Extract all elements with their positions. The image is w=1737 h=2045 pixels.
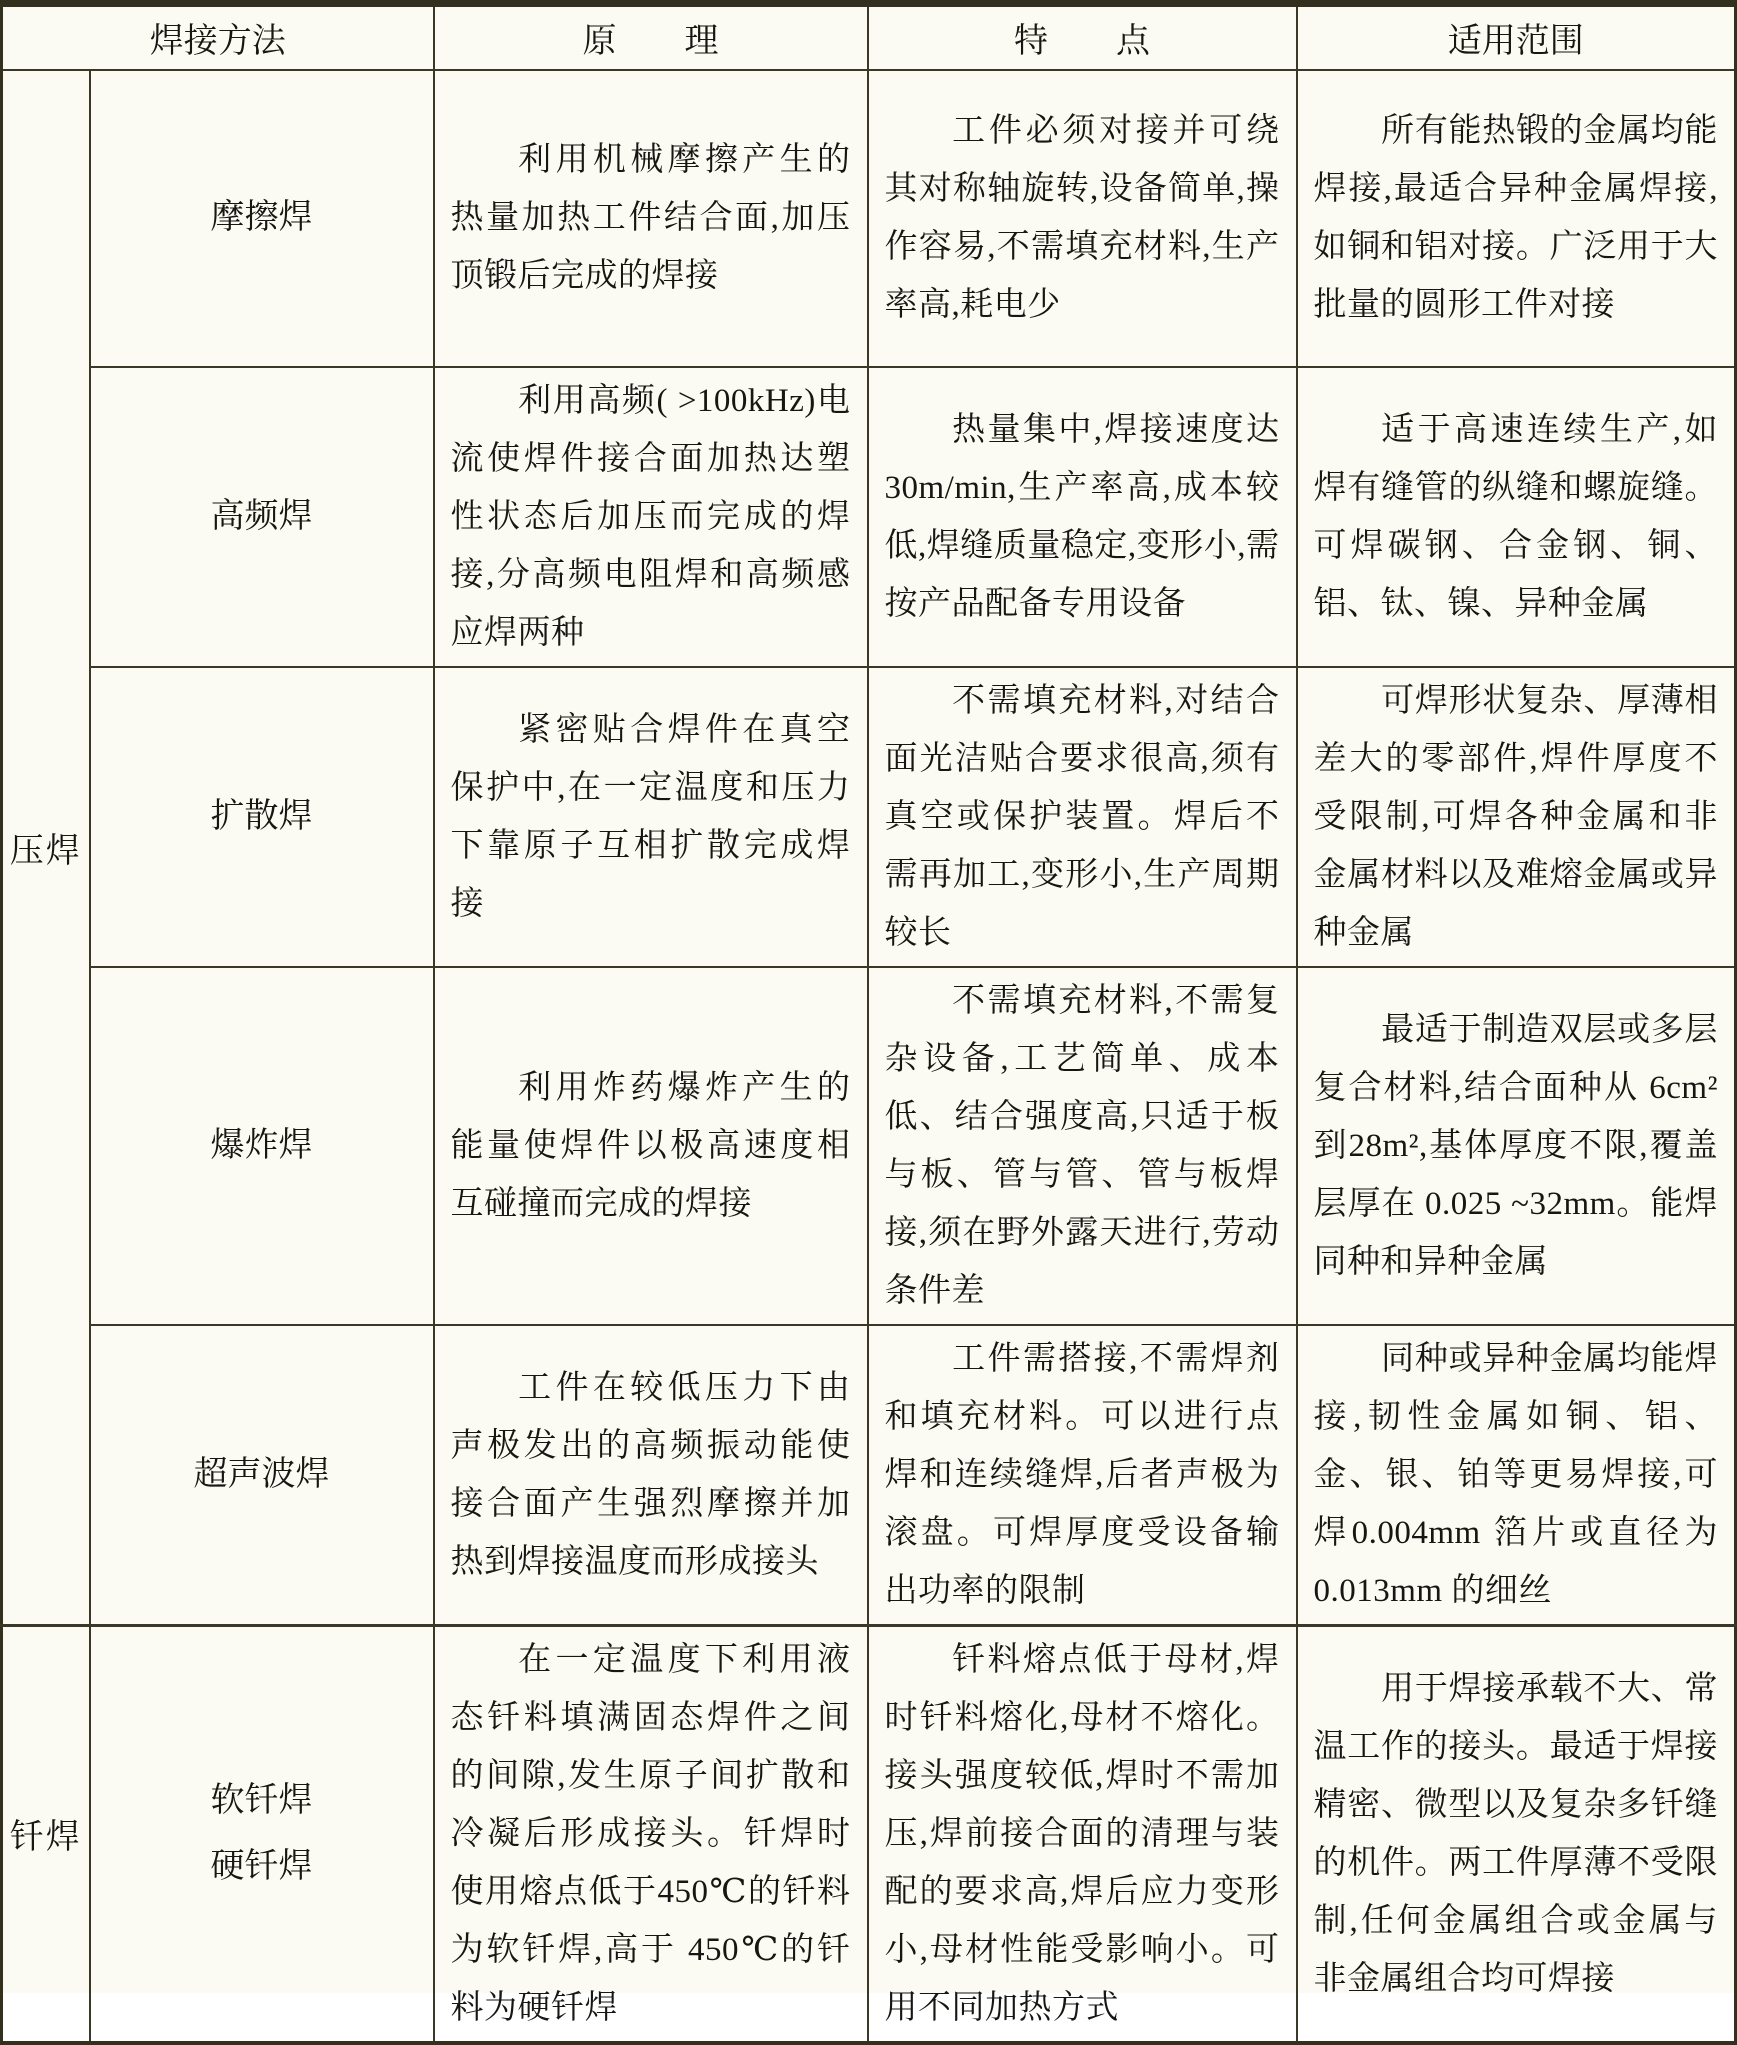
header-features: 特 点 — [868, 4, 1297, 70]
method-cell: 软钎焊 硬钎焊 — [90, 1625, 434, 2043]
range-text: 所有能热锻的金属均能焊接,最适合异种金属焊接,如铜和铝对接。广泛用于大批量的圆形… — [1314, 102, 1719, 334]
features-text: 不需填充材料,对结合面光洁贴合要求很高,须有真空或保护装置。焊后不需再加工,变形… — [885, 672, 1280, 962]
header-principle: 原 理 — [434, 4, 868, 70]
features-text: 不需填充材料,不需复杂设备,工艺简单、成本低、结合强度高,只适于板与板、管与管、… — [885, 972, 1280, 1320]
welding-methods-table: 焊接方法 原 理 特 点 适用范围 压焊 摩擦焊 利用机械摩擦产生的热量加热工件… — [0, 0, 1737, 2045]
range-text: 用于焊接承载不大、常温工作的接头。最适于焊接精密、微型以及复杂多钎缝的机件。两工… — [1314, 1660, 1719, 2008]
principle-text: 利用炸药爆炸产生的能量使焊件以极高速度相互碰撞而完成的焊接 — [451, 1059, 851, 1233]
principle-text: 利用高频( >100kHz)电流使焊件接合面加热达塑性状态后加压而完成的焊接,分… — [451, 372, 851, 662]
features-text: 钎料熔点低于母材,焊时钎料熔化,母材不熔化。接头强度较低,焊时不需加压,焊前接合… — [885, 1631, 1280, 2037]
header-welding-method: 焊接方法 — [2, 4, 434, 70]
range-text: 同种或异种金属均能焊接,韧性金属如铜、铝、金、银、铂等更易焊接,可焊0.004m… — [1314, 1330, 1719, 1620]
principle-text: 紧密贴合焊件在真空保护中,在一定温度和压力下靠原子互相扩散完成焊接 — [451, 701, 851, 933]
document-page: 焊接方法 原 理 特 点 适用范围 压焊 摩擦焊 利用机械摩擦产生的热量加热工件… — [0, 0, 1737, 1993]
features-text: 工件需搭接,不需焊剂和填充材料。可以进行点焊和连续缝焊,后者声极为滚盘。可焊厚度… — [885, 1330, 1280, 1620]
group-cell-brazing: 钎焊 — [2, 1625, 90, 2043]
principle-text: 工件在较低压力下由声极发出的高频振动能使接合面产生强烈摩擦并加热到焊接温度而形成… — [451, 1359, 851, 1591]
method-cell: 高频焊 — [90, 367, 434, 667]
range-text: 适于高速连续生产,如焊有缝管的纵缝和螺旋缝。可焊碳钢、合金钢、铜、铝、钛、镍、异… — [1314, 401, 1719, 633]
range-text: 最适于制造双层或多层复合材料,结合面种从 6cm² 到28m²,基体厚度不限,覆… — [1314, 1001, 1719, 1291]
header-range: 适用范围 — [1297, 4, 1736, 70]
method-cell: 摩擦焊 — [90, 70, 434, 367]
features-text: 热量集中,焊接速度达30m/min,生产率高,成本较低,焊缝质量稳定,变形小,需… — [885, 401, 1280, 633]
method-cell: 爆炸焊 — [90, 967, 434, 1325]
principle-text: 在一定温度下利用液态钎料填满固态焊件之间的间隙,发生原子间扩散和冷凝后形成接头。… — [451, 1631, 851, 2037]
table-row-brazing: 钎焊 软钎焊 硬钎焊 在一定温度下利用液态钎料填满固态焊件之间的间隙,发生原子间… — [2, 1625, 1736, 2043]
method-cell: 扩散焊 — [90, 667, 434, 967]
header-row: 焊接方法 原 理 特 点 适用范围 — [2, 4, 1736, 70]
method-cell: 超声波焊 — [90, 1325, 434, 1626]
features-text: 工件必须对接并可绕其对称轴旋转,设备简单,操作容易,不需填充材料,生产率高,耗电… — [885, 102, 1280, 334]
table-row-diffusion-welding: 扩散焊 紧密贴合焊件在真空保护中,在一定温度和压力下靠原子互相扩散完成焊接 不需… — [2, 667, 1736, 967]
range-text: 可焊形状复杂、厚薄相差大的零部件,焊件厚度不受限制,可焊各种金属和非金属材料以及… — [1314, 672, 1719, 962]
table-row-explosion-welding: 爆炸焊 利用炸药爆炸产生的能量使焊件以极高速度相互碰撞而完成的焊接 不需填充材料… — [2, 967, 1736, 1325]
table-row-high-frequency-welding: 高频焊 利用高频( >100kHz)电流使焊件接合面加热达塑性状态后加压而完成的… — [2, 367, 1736, 667]
principle-text: 利用机械摩擦产生的热量加热工件结合面,加压顶锻后完成的焊接 — [451, 131, 851, 305]
table-row-friction-welding: 压焊 摩擦焊 利用机械摩擦产生的热量加热工件结合面,加压顶锻后完成的焊接 工件必… — [2, 70, 1736, 367]
table-row-ultrasonic-welding: 超声波焊 工件在较低压力下由声极发出的高频振动能使接合面产生强烈摩擦并加热到焊接… — [2, 1325, 1736, 1626]
group-cell-pressure-welding: 压焊 — [2, 70, 90, 1626]
